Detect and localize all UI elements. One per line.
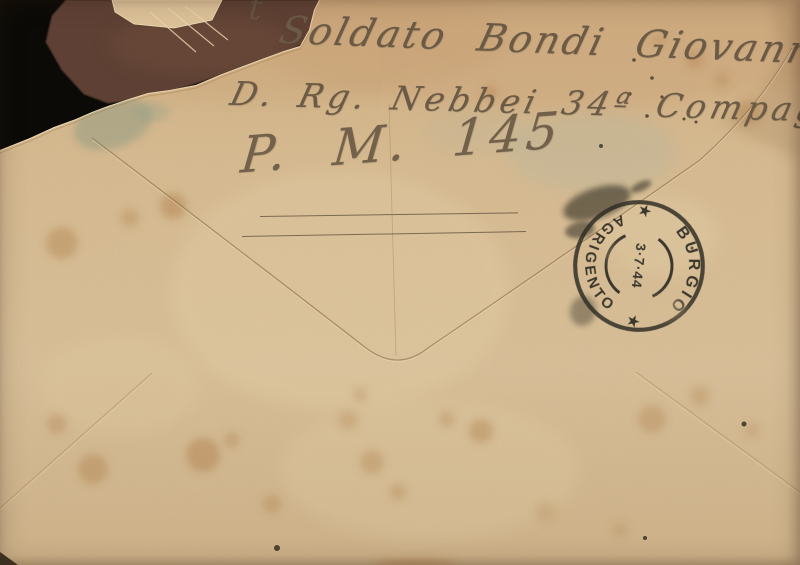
- stamp-ink-fade: [648, 296, 684, 318]
- handwriting-fragment: t: [247, 0, 263, 29]
- postmark-star-right-icon: ★: [625, 314, 642, 329]
- envelope-photo: t Soldato Bondi Giovanni D. Rg. Nebbei 3…: [0, 0, 800, 565]
- postmark-stamp: BURGIO AGRIGENTO ★ ★ 3·7·44: [558, 185, 721, 348]
- postmark-lunette-top: [653, 239, 675, 298]
- stamp-ink-fade: [604, 246, 634, 264]
- postmark-star-left-icon: ★: [637, 204, 654, 219]
